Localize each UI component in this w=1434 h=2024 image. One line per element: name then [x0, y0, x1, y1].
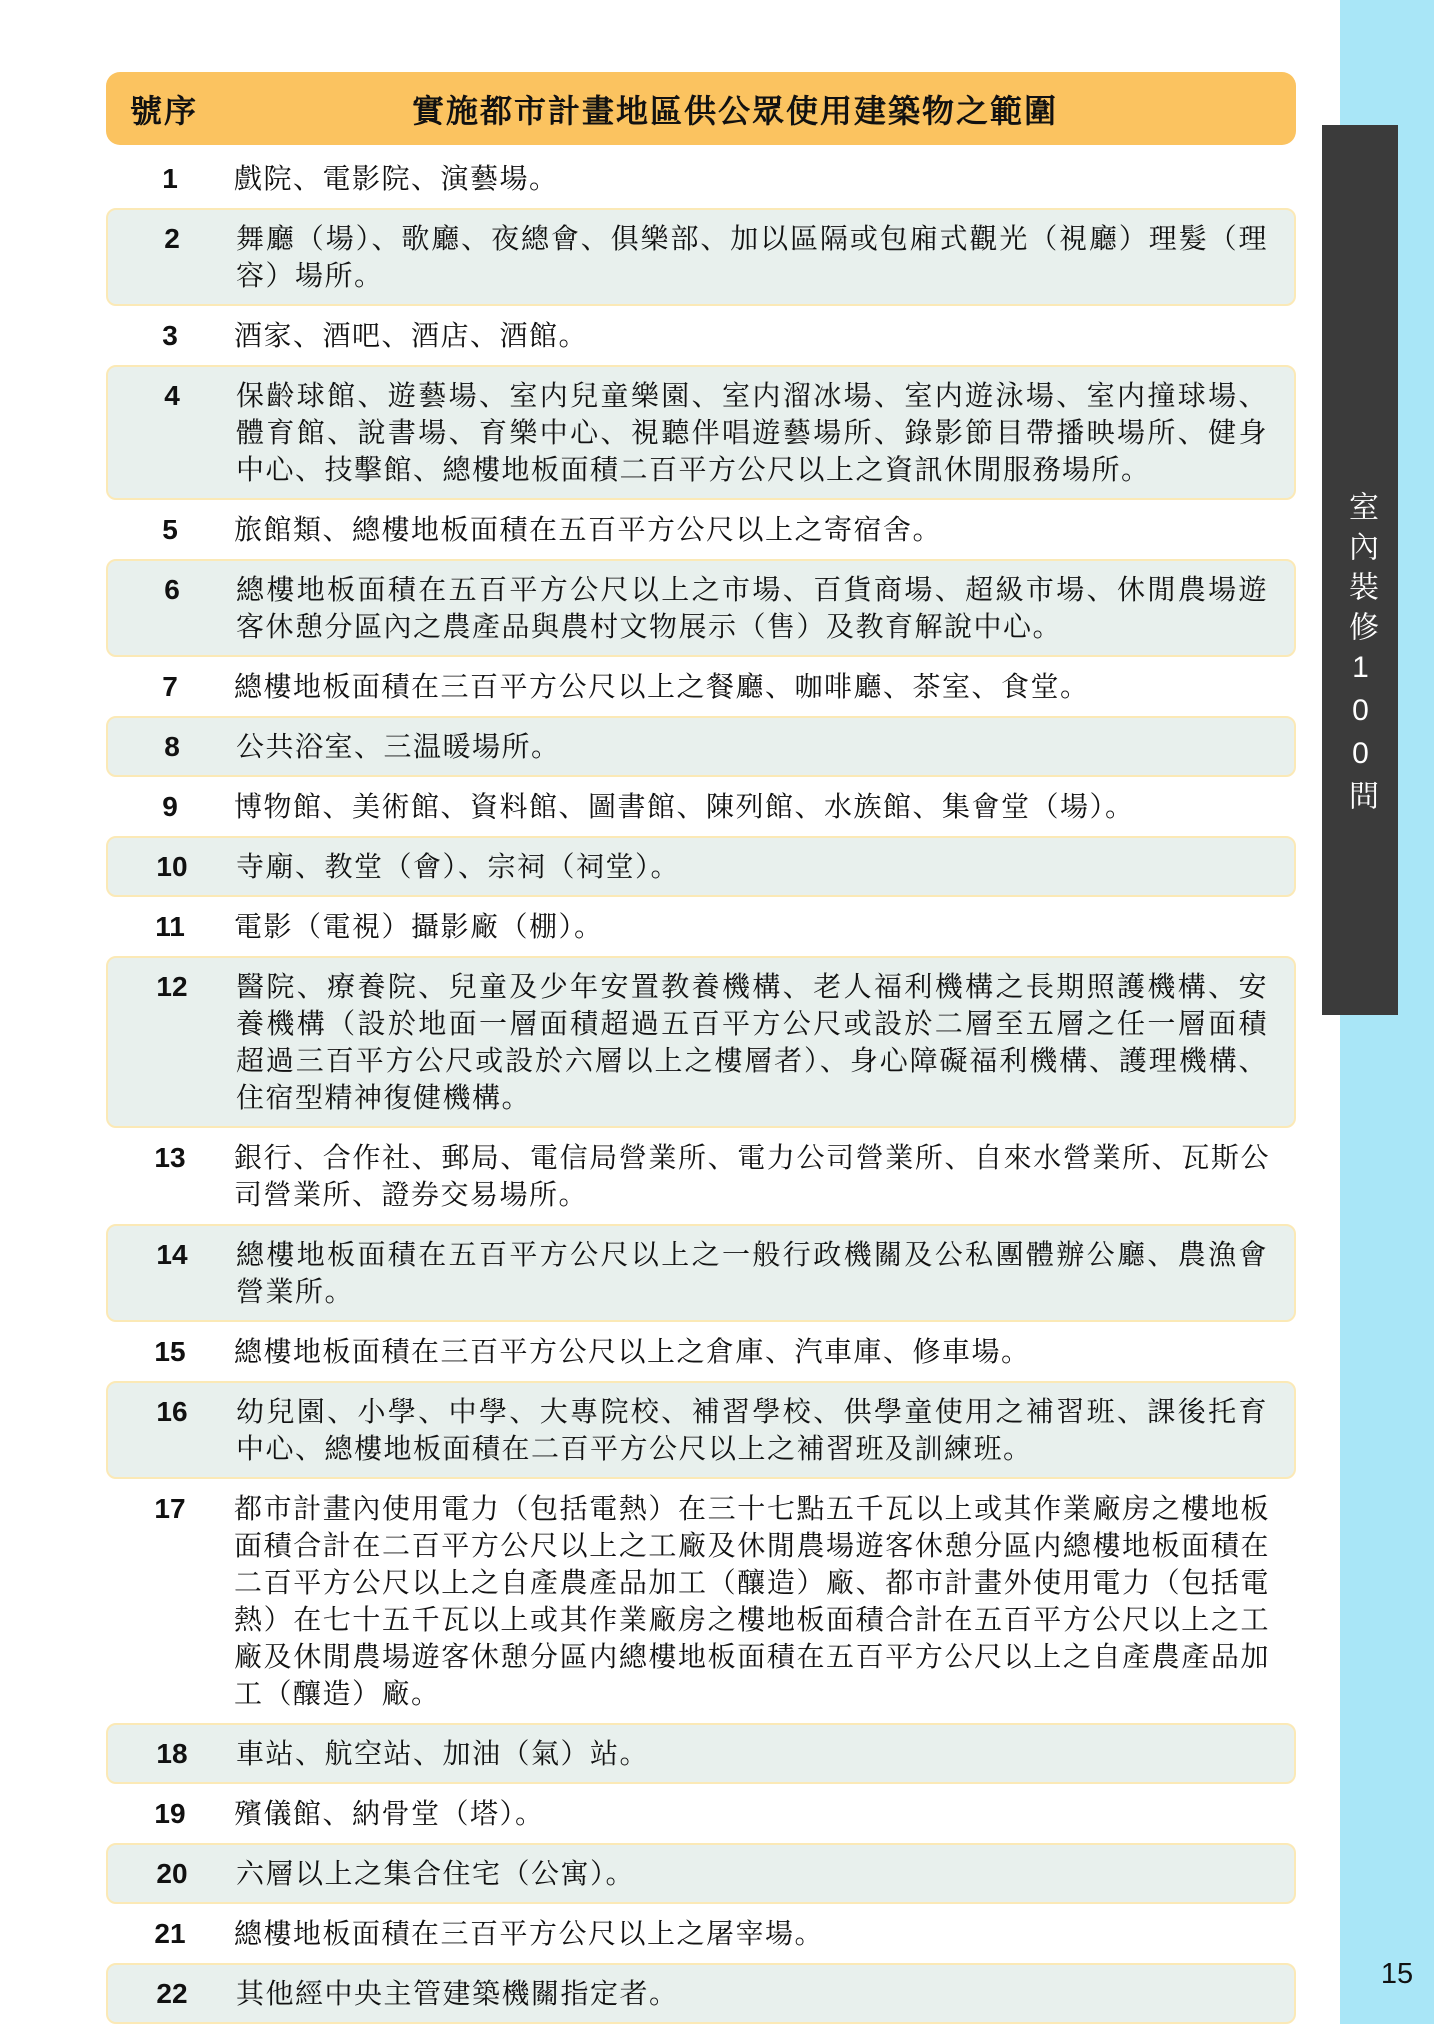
row-number: 21 [106, 1915, 234, 1952]
regulation-table: 號序 實施都市計畫地區供公眾使用建築物之範圍 1 戲院、電影院、演藝場。 2 舞… [106, 72, 1296, 2024]
table-row: 10 寺廟、教堂（會）、宗祠（祠堂）。 [106, 836, 1296, 897]
row-number: 20 [108, 1855, 236, 1892]
row-number: 2 [108, 220, 236, 257]
table-rows: 1 戲院、電影院、演藝場。 2 舞廳（場）、歌廳、夜總會、俱樂部、加以區隔或包廂… [106, 154, 1296, 2024]
row-number: 1 [106, 160, 234, 197]
row-text: 旅館類、總樓地板面積在五百平方公尺以上之寄宿舍。 [234, 511, 1296, 548]
row-text: 銀行、合作社、郵局、電信局營業所、電力公司營業所、自來水營業所、瓦斯公司營業所、… [234, 1139, 1296, 1213]
table-row: 8 公共浴室、三温暖場所。 [106, 716, 1296, 777]
page-number: 15 [1372, 1958, 1422, 1991]
row-text: 幼兒園、小學、中學、大專院校、補習學校、供學童使用之補習班、課後托育中心、總樓地… [236, 1393, 1294, 1467]
row-number: 8 [108, 728, 236, 765]
row-number: 5 [106, 511, 234, 548]
table-row: 19 殯儀館、納骨堂（塔）。 [106, 1789, 1296, 1838]
book-title-vertical: 室內裝修100問 [1322, 491, 1398, 820]
row-number: 13 [106, 1139, 234, 1176]
table-row: 12 醫院、療養院、兒童及少年安置教養機構、老人福利機構之長期照護機構、安養機構… [106, 956, 1296, 1128]
row-text: 其他經中央主管建築機關指定者。 [236, 1975, 1294, 2012]
row-number: 10 [108, 848, 236, 885]
row-number: 6 [108, 571, 236, 608]
row-number: 14 [108, 1236, 236, 1273]
row-number: 4 [108, 377, 236, 414]
row-number: 19 [106, 1795, 234, 1832]
row-text: 寺廟、教堂（會）、宗祠（祠堂）。 [236, 848, 1294, 885]
row-number: 12 [108, 968, 236, 1005]
row-text: 保齡球館、遊藝場、室内兒童樂園、室内溜冰場、室内遊泳場、室内撞球場、體育館、說書… [236, 377, 1294, 488]
row-number: 9 [106, 788, 234, 825]
row-text: 都市計畫內使用電力（包括電熱）在三十七點五千瓦以上或其作業廠房之樓地板面積合計在… [234, 1490, 1296, 1712]
row-text: 總樓地板面積在三百平方公尺以上之倉庫、汽車庫、修車場。 [234, 1333, 1296, 1370]
row-number: 15 [106, 1333, 234, 1370]
row-text: 總樓地板面積在三百平方公尺以上之屠宰場。 [234, 1915, 1296, 1952]
table-row: 13 銀行、合作社、郵局、電信局營業所、電力公司營業所、自來水營業所、瓦斯公司營… [106, 1133, 1296, 1219]
row-text: 博物館、美術館、資料館、圖書館、陳列館、水族館、集會堂（場）。 [234, 788, 1296, 825]
table-row: 22 其他經中央主管建築機關指定者。 [106, 1963, 1296, 2024]
row-number: 11 [106, 908, 234, 945]
row-text: 六層以上之集合住宅（公寓）。 [236, 1855, 1294, 1892]
chapter-side-tab: 室內裝修100問 貳、管理制度篇 [1322, 125, 1398, 1015]
table-row: 20 六層以上之集合住宅（公寓）。 [106, 1843, 1296, 1904]
row-text: 總樓地板面積在三百平方公尺以上之餐廳、咖啡廳、茶室、食堂。 [234, 668, 1296, 705]
row-number: 7 [106, 668, 234, 705]
row-text: 殯儀館、納骨堂（塔）。 [234, 1795, 1296, 1832]
header-col-number: 號序 [106, 86, 234, 132]
table-row: 4 保齡球館、遊藝場、室内兒童樂園、室内溜冰場、室内遊泳場、室内撞球場、體育館、… [106, 365, 1296, 500]
row-number: 18 [108, 1735, 236, 1772]
row-text: 醫院、療養院、兒童及少年安置教養機構、老人福利機構之長期照護機構、安養機構（設於… [236, 968, 1294, 1116]
row-number: 22 [108, 1975, 236, 2012]
row-number: 17 [106, 1490, 234, 1527]
table-row: 1 戲院、電影院、演藝場。 [106, 154, 1296, 203]
row-text: 總樓地板面積在五百平方公尺以上之市場、百貨商場、超級市場、休閒農場遊客休憩分區內… [236, 571, 1294, 645]
table-row: 18 車站、航空站、加油（氣）站。 [106, 1723, 1296, 1784]
table-row: 16 幼兒園、小學、中學、大專院校、補習學校、供學童使用之補習班、課後托育中心、… [106, 1381, 1296, 1479]
row-text: 車站、航空站、加油（氣）站。 [236, 1735, 1294, 1772]
table-row: 14 總樓地板面積在五百平方公尺以上之一般行政機關及公私團體辦公廳、農漁會營業所… [106, 1224, 1296, 1322]
row-number: 16 [108, 1393, 236, 1430]
row-text: 舞廳（場）、歌廳、夜總會、俱樂部、加以區隔或包廂式觀光（視廳）理髮（理容）場所。 [236, 220, 1294, 294]
table-row: 15 總樓地板面積在三百平方公尺以上之倉庫、汽車庫、修車場。 [106, 1327, 1296, 1376]
header-col-scope: 實施都市計畫地區供公眾使用建築物之範圍 [234, 86, 1296, 132]
table-header: 號序 實施都市計畫地區供公眾使用建築物之範圍 [106, 72, 1296, 145]
table-row: 9 博物館、美術館、資料館、圖書館、陳列館、水族館、集會堂（場）。 [106, 782, 1296, 831]
row-text: 戲院、電影院、演藝場。 [234, 160, 1296, 197]
table-row: 17 都市計畫內使用電力（包括電熱）在三十七點五千瓦以上或其作業廠房之樓地板面積… [106, 1484, 1296, 1718]
table-row: 2 舞廳（場）、歌廳、夜總會、俱樂部、加以區隔或包廂式觀光（視廳）理髮（理容）場… [106, 208, 1296, 306]
table-row: 21 總樓地板面積在三百平方公尺以上之屠宰場。 [106, 1909, 1296, 1958]
row-text: 公共浴室、三温暖場所。 [236, 728, 1294, 765]
table-row: 3 酒家、酒吧、酒店、酒館。 [106, 311, 1296, 360]
table-row: 6 總樓地板面積在五百平方公尺以上之市場、百貨商場、超級市場、休閒農場遊客休憩分… [106, 559, 1296, 657]
row-text: 總樓地板面積在五百平方公尺以上之一般行政機關及公私團體辦公廳、農漁會營業所。 [236, 1236, 1294, 1310]
table-row: 7 總樓地板面積在三百平方公尺以上之餐廳、咖啡廳、茶室、食堂。 [106, 662, 1296, 711]
row-text: 酒家、酒吧、酒店、酒館。 [234, 317, 1296, 354]
row-number: 3 [106, 317, 234, 354]
table-row: 5 旅館類、總樓地板面積在五百平方公尺以上之寄宿舍。 [106, 505, 1296, 554]
table-row: 11 電影（電視）攝影廠（棚）。 [106, 902, 1296, 951]
row-text: 電影（電視）攝影廠（棚）。 [234, 908, 1296, 945]
